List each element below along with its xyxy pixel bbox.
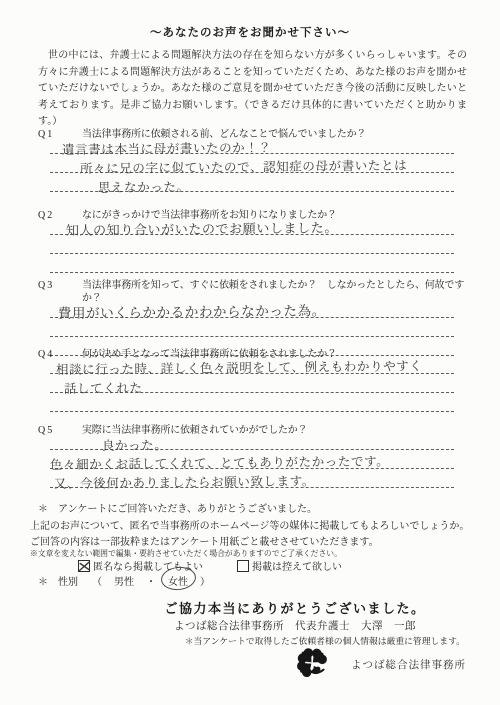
answer-line: 知人の知り合いがいたのでお願いしました。 [50, 222, 454, 235]
question-number: Q5 [38, 424, 82, 437]
answer-line: 又、今後何かありましたらお願い致します。 [50, 469, 454, 488]
four-leaf-clover-icon [293, 645, 335, 683]
answer-line: 思えなかった。 [50, 173, 454, 192]
answer-line [50, 235, 454, 254]
handwritten-answer: 思えなかった。 [98, 177, 190, 196]
checkbox-checked-icon [78, 560, 90, 572]
gender-row: ＊ 性別 （ 男性 ・ 女性 ） [38, 573, 210, 588]
answer-area: 遺言書は本当に母が書いたのか！？ 所々に兄の字に似ていたので、認知症の母が書いた… [50, 141, 454, 192]
answer-line: 費用がいくらかかるかわからなかった為。 [50, 305, 454, 318]
gender-option-female: 女性 [168, 577, 188, 588]
answer-area: 相談に行った時、詳しく色々説明をして、例えもわかりやすく 話してくれた [50, 361, 454, 412]
firm-logo-row: よつば総合法律事務所 [293, 645, 466, 683]
paren-open: （ [92, 573, 102, 588]
answer-area: 知人の知り合いがいたのでお願いしました。 [50, 222, 454, 273]
option-label: 匿名なら掲載してもよい [93, 558, 203, 573]
gender-option-female-selected: 女性 [168, 573, 188, 588]
handwritten-answer: 又、今後何かありましたらお願い致します。 [54, 471, 315, 492]
publish-permission-text-2: ご回答の内容は一部抜粋またはアンケート用紙ごと載せさせていただきます。 [30, 533, 470, 548]
answer-line [50, 254, 454, 273]
intro-paragraph: 世の中には、弁護士による問題解決方法の存在を知らない方が多くいらっしゃいます。そ… [38, 48, 467, 131]
answer-line: 色々細かくお話してくれて、とてもありがたかったです。 [50, 450, 454, 469]
option-label: 掲載は控えて欲しい [252, 558, 342, 573]
gender-label: ＊ 性別 [38, 573, 78, 588]
question-block-q2: Q2 なにがきっかけで当法律事務所をお知りになりましたか？ 知人の知り合いがいた… [38, 209, 468, 273]
answer-line [50, 393, 454, 412]
paren-close: ） [200, 573, 210, 588]
firm-and-representative: よつば総合法律事務所 代表弁護士 大澤 一郎 [90, 618, 500, 633]
survey-thanks-note: ＊ アンケートにご回答いただき、ありがとうございました。 [38, 500, 468, 515]
page-title: ～あなたのお声をお聞かせ下さい～ [0, 24, 500, 40]
gender-option-male: 男性 [114, 573, 134, 588]
publish-choice-row: 匿名なら掲載してもよい 掲載は控えて欲しい [78, 558, 342, 573]
answer-area: 良かった。 色々細かくお話してくれて、とてもありがたかったです。 又、今後何かあ… [50, 437, 454, 488]
scanned-questionnaire-page: ～あなたのお声をお聞かせ下さい～ 世の中には、弁護士による問題解決方法の存在を知… [0, 0, 500, 705]
answer-line [50, 318, 454, 337]
option-anonymous-ok: 匿名なら掲載してもよい [78, 558, 203, 573]
answer-line: 遺言書は本当に母が書いたのか！？ [50, 141, 454, 154]
answer-line: 話してくれた [50, 374, 454, 393]
handwritten-check-mark [77, 559, 92, 574]
question-block-q4: Q4 何が決め手となって当法律事務所に依頼をされましたか？ 相談に行った時、詳し… [38, 348, 468, 412]
question-block-q5: Q5 実際に当法律事務所に依頼されていかがでしたか？ 良かった。 色々細かくお話… [38, 424, 468, 488]
publish-permission-text-1: 上記のお声について、匿名で当事務所のホームページ等の媒体に掲載してもよろしいでし… [30, 517, 470, 532]
option-no-publish: 掲載は控えて欲しい [237, 558, 342, 573]
closing-thanks: ご協力本当にありがとうございました。 [90, 598, 500, 617]
answer-line: 所々に兄の字に似ていたので、認知症の母が書いたとは [50, 154, 454, 173]
question-block-q3: Q3 当法律事務所を知って、すぐに依頼をされましたか？ しなかったとしたら、何故… [38, 279, 468, 356]
logo-firm-name: よつば総合法律事務所 [351, 657, 466, 672]
gender-separator: ・ [146, 573, 156, 588]
checkbox-empty-icon [237, 560, 249, 572]
question-block-q1: Q1 当法律事務所に依頼される前、どんなことで悩んでいましたか？ 遺言書は本当に… [38, 128, 468, 192]
answer-line: 相談に行った時、詳しく色々説明をして、例えもわかりやすく [50, 361, 454, 374]
answer-line: 良かった。 [50, 437, 454, 450]
